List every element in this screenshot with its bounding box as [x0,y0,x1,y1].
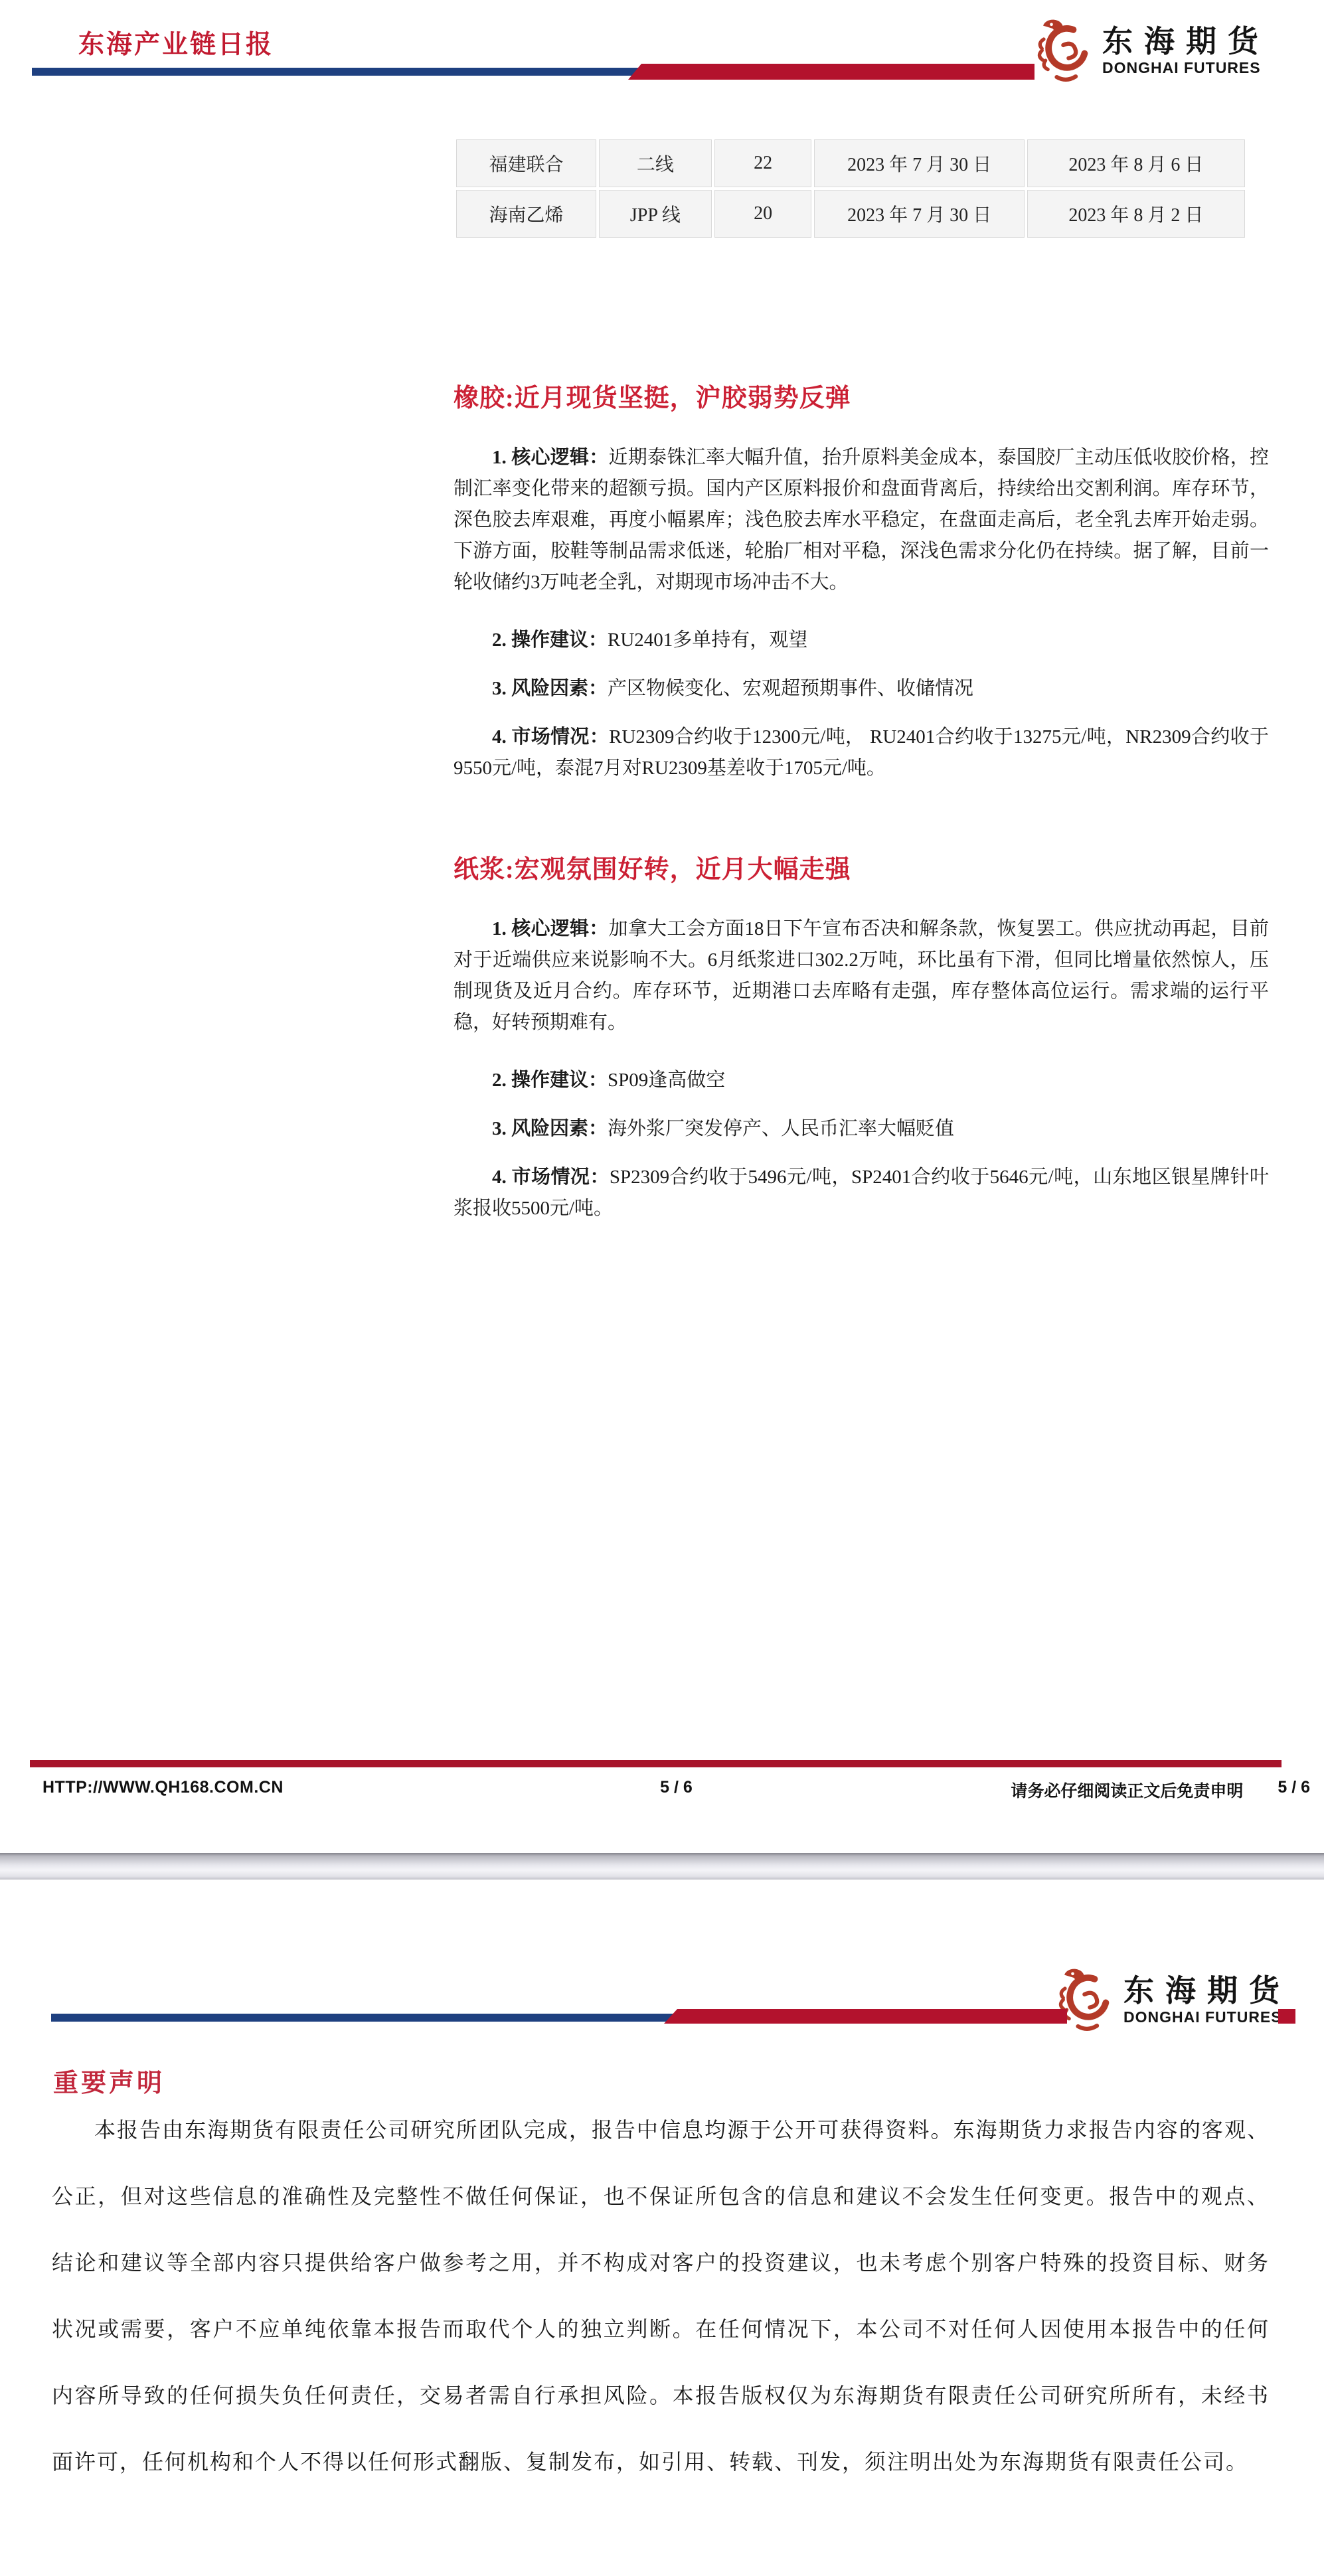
paragraph-label: 3. 风险因素： [492,678,608,699]
logo-cn-text: 东海期货 [1102,25,1270,59]
footer-disclaimer-notice: 请务必仔细阅读正文后免责申明 [1011,1778,1243,1802]
table-cell: 22 [714,139,812,187]
page-footer: HTTP://WWW.QH168.COM.CN 5 / 6 请务必仔细阅读正文后… [42,1778,1310,1801]
logo-en-text: DONGHAI FUTURES [1123,2008,1291,2026]
paragraph-core-logic: 1. 核心逻辑：加拿大工会方面18日下午宣布否决和解条款，恢复罢工。供应扰动再起… [454,914,1269,1038]
paragraph-label: 4. 市场情况： [492,726,609,748]
footer-rule [30,1760,1282,1767]
paragraph-advice: 2. 操作建议：SP09逢高做空 [454,1065,1269,1096]
table-cell: 2023 年 7 月 30 日 [814,190,1024,238]
report-document: 东海产业链日报 东海期货 DONGHAI FUTURES [0,0,1324,2576]
company-logo: 东海期货 DONGHAI FUTURES [1056,1965,1324,2034]
paragraph-advice: 2. 操作建议：RU2401多单持有，观望 [454,625,1269,656]
paragraph-text: RU2401多单持有，观望 [608,629,807,651]
table-cell: 福建联合 [456,139,596,187]
paragraph-label: 1. 核心逻辑： [492,918,609,939]
page-number-right: 5 / 6 [1278,1778,1310,1802]
logo-en-text: DONGHAI FUTURES [1102,59,1270,76]
header-bar-blue [51,2014,677,2022]
logo-cn-text: 东海期货 [1123,1974,1291,2008]
paragraph-risk: 3. 风险因素：海外浆厂突发停产、人民币汇率大幅贬值 [454,1113,1269,1145]
paragraph-core-logic: 1. 核心逻辑：近期泰铢汇率大幅升值，抬升原料美金成本，泰国胶厂主动压低收胶价格… [454,442,1269,598]
table-cell: 20 [714,190,812,238]
table-cell: 2023 年 8 月 2 日 [1027,190,1245,238]
paragraph-text: 海外浆厂突发停产、人民币汇率大幅贬值 [608,1118,954,1139]
dragon-icon [1034,18,1096,83]
footer-url-link[interactable]: HTTP://WWW.QH168.COM.CN [42,1778,284,1797]
paragraph-risk: 3. 风险因素：产区物候变化、宏观超预期事件、收储情况 [454,673,1269,704]
paragraph-market: 4. 市场情况：SP2309合约收于5496元/吨，SP2401合约收于5646… [454,1162,1269,1224]
paragraph-label: 3. 风险因素： [492,1118,608,1139]
paragraph-label: 1. 核心逻辑： [492,447,609,468]
section-rubber: 橡胶:近月现货坚挺，沪胶弱势反弹 1. 核心逻辑：近期泰铢汇率大幅升值，抬升原料… [454,382,1269,801]
header-bar-red [628,64,1041,80]
section-pulp: 纸浆:宏观氛围好转，近月大幅走强 1. 核心逻辑：加拿大工会方面18日下午宣布否… [454,854,1269,1242]
table-cell: 2023 年 7 月 30 日 [814,139,1024,187]
disclaimer-text: 本报告由东海期货有限责任公司研究所团队完成，报告中信息均源于公开可获得资料。东海… [52,2097,1270,2495]
header-bar-cap [1278,2009,1295,2024]
table-cell: 2023 年 8 月 6 日 [1027,139,1245,187]
paragraph-label: 4. 市场情况： [492,1167,610,1188]
paragraph-text: 产区物候变化、宏观超预期事件、收储情况 [608,678,973,699]
header-bar-red [664,2009,1067,2024]
page-number-center: 5 / 6 [660,1778,693,1797]
important-statement-heading: 重要声明 [53,2062,165,2099]
table-cell: 海南乙烯 [456,190,596,238]
section-heading: 橡胶:近月现货坚挺，沪胶弱势反弹 [454,382,1269,414]
maintenance-table: 福建联合 二线 22 2023 年 7 月 30 日 2023 年 8 月 6 … [454,137,1248,240]
report-title: 东海产业链日报 [78,24,274,61]
paragraph-text: 近期泰铢汇率大幅升值，抬升原料美金成本，泰国胶厂主动压低收胶价格，控制汇率变化带… [454,447,1269,593]
table-cell: JPP 线 [599,190,712,238]
company-logo: 东海期货 DONGHAI FUTURES [1034,16,1316,85]
paragraph-label: 2. 操作建议： [492,629,608,651]
footer-right-group: 请务必仔细阅读正文后免责申明 5 / 6 [1011,1778,1310,1802]
header-bar-blue [32,68,641,76]
paragraph-label: 2. 操作建议： [492,1070,608,1091]
table-cell: 二线 [599,139,712,187]
paragraph-market: 4. 市场情况：RU2309合约收于12300元/吨， RU2401合约收于13… [454,722,1269,784]
section-heading: 纸浆:宏观氛围好转，近月大幅走强 [454,854,1269,886]
table-row: 海南乙烯 JPP 线 20 2023 年 7 月 30 日 2023 年 8 月… [456,190,1245,238]
page-separator [0,1853,1324,1880]
paragraph-text: SP09逢高做空 [608,1070,725,1091]
table-row: 福建联合 二线 22 2023 年 7 月 30 日 2023 年 8 月 6 … [456,139,1245,187]
